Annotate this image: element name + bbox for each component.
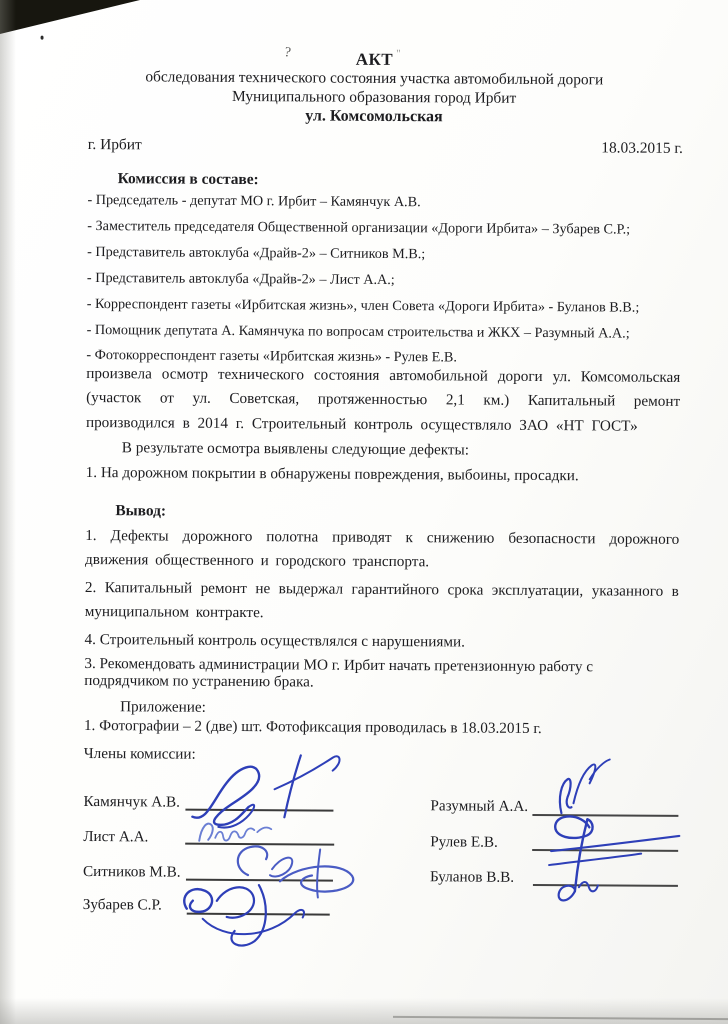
signatory-name-rulev: Рулев Е.В. (430, 833, 498, 851)
signatures-heading: Члены комиссии: (84, 745, 196, 764)
document-subtitle-line-1: обследования технического состояния учас… (88, 68, 660, 90)
document-street: ул. Комсомольская (88, 106, 660, 128)
commission-member: - Корреспондент газеты «Ирбитская жизнь»… (87, 292, 687, 322)
scan-edge-shadow-left (0, 0, 16, 1024)
commission-member: - Председатель - депутат МО г. Ирбит – К… (87, 188, 687, 218)
appendix-section: Приложение: 1. Фотографии – 2 (две) шт. … (84, 698, 684, 738)
commission-member: - Заместитель председателя Общественной … (87, 214, 687, 244)
document-city: г. Ирбит (88, 136, 142, 154)
conclusion-item: 3. Рекомендовать администрации МО г. Ирб… (84, 656, 678, 694)
conclusion-heading: Вывод: (115, 502, 166, 520)
document-header: АКТ обследования технического состояния … (88, 48, 660, 128)
appendix-heading: Приложение: (84, 698, 684, 719)
commission-member: - Представитель автоклуба «Драйв-2» – Ли… (87, 266, 687, 296)
commission-member: - Представитель автоклуба «Драйв-2» – Си… (87, 240, 687, 270)
scan-speck (41, 36, 44, 40)
signatory-name-list: Лист А.А. (83, 828, 148, 846)
appendix-item: 1. Фотографии – 2 (две) шт. Фотофиксация… (84, 717, 684, 738)
defects-intro: В результате осмотра выявлены следующие … (86, 439, 680, 461)
scanned-act-document: ? '' АКТ обследования технического состо… (0, 0, 728, 1024)
document-date: 18.03.2015 г. (601, 139, 683, 158)
signatory-name-razumny: Разумный А.А. (430, 797, 528, 816)
conclusion-item: 2. Капитальный ремонт не выдержал гарант… (85, 576, 679, 627)
signatory-name-sitnikov: Ситников М.В. (83, 863, 181, 882)
scan-edge-shadow-bottom (0, 998, 728, 1024)
signature-rulev-ink (529, 809, 685, 908)
signatory-name-kamyanchuk: Камянчук А.В. (83, 793, 180, 812)
defect-item: 1. На дорожном покрытии в обнаружены пов… (86, 464, 686, 486)
conclusion-item: 1. Дефекты дорожного полотна приводят к … (85, 524, 679, 575)
signature-zubarev-ink (172, 877, 337, 952)
document-subtitle-line-2: Муниципального образования город Ирбит (88, 87, 660, 109)
signatory-name-bulanov: Буланов В.В. (430, 868, 514, 887)
commission-heading: Комиссия в составе: (118, 170, 259, 189)
conclusion-list: 1. Дефекты дорожного полотна приводят к … (84, 524, 679, 693)
document-content: ? '' АКТ обследования технического состо… (0, 0, 728, 1024)
conclusion-item: 4. Строительный контроль осуществлялся с… (84, 628, 678, 656)
place-date-row: г. Ирбит 18.03.2015 г. (88, 136, 683, 158)
signatory-name-zubarev: Зубарев С.Р. (83, 896, 162, 915)
commission-member: - Помощник депутата А. Камянчука по вопр… (87, 318, 687, 348)
commission-list: - Председатель - депутат МО г. Ирбит – К… (86, 188, 687, 373)
inspection-paragraph: произвела осмотр технического состояния … (86, 362, 680, 439)
